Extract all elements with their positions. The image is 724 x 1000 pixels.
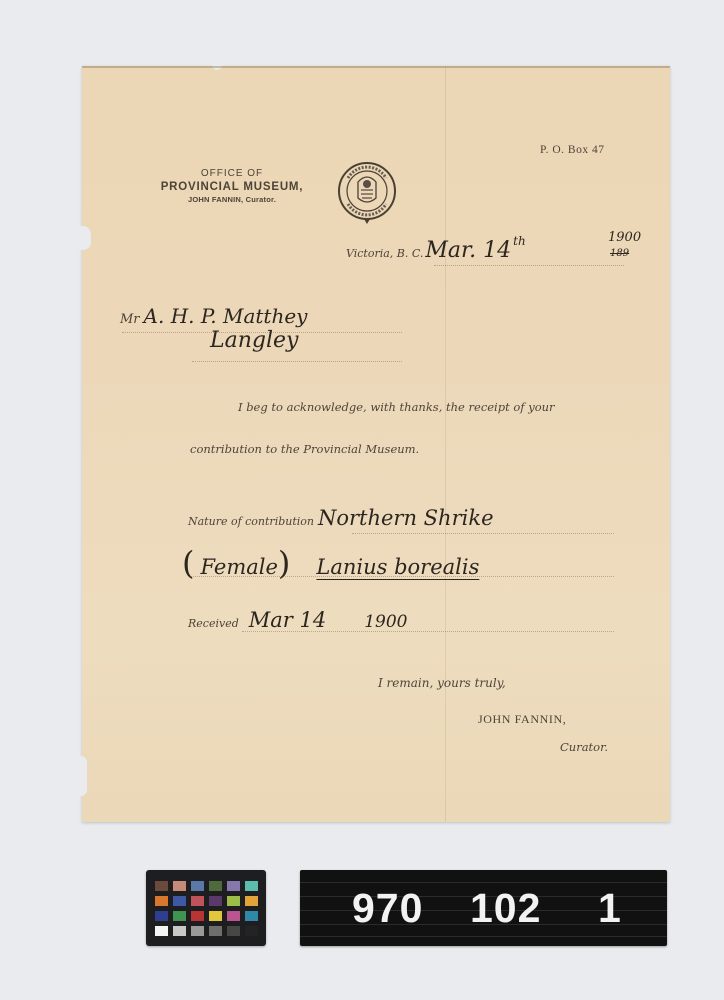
- nature-rule: [352, 533, 614, 534]
- body-line-1: I beg to acknowledge, with thanks, the r…: [238, 400, 555, 414]
- accession-part-1: 970: [352, 884, 423, 932]
- color-swatch: [155, 926, 168, 936]
- addressee-salutation: Mr: [120, 312, 140, 327]
- dateline-suffix: th: [513, 234, 526, 248]
- dateline-rule: [434, 265, 624, 266]
- nature-value: Northern Shrike: [318, 506, 494, 530]
- dateline: Victoria, B. C.Mar. 14th 1900 189: [346, 238, 526, 263]
- addressee-name: A. H. P. Matthey: [144, 304, 308, 328]
- color-swatch: [155, 896, 168, 906]
- letter-paper: OFFICE OF PROVINCIAL MUSEUM, JOHN FANNIN…: [82, 66, 670, 822]
- color-swatch: [209, 911, 222, 921]
- species-rule: [190, 576, 614, 577]
- color-swatch: [227, 926, 240, 936]
- color-swatch: [245, 926, 258, 936]
- received-date: Mar 14: [249, 608, 326, 632]
- received-rule: [242, 631, 614, 632]
- paper-tear-left-lower: [79, 756, 87, 796]
- color-swatch: [173, 911, 186, 921]
- provincial-seal-icon: [336, 160, 398, 226]
- color-swatch: [155, 881, 168, 891]
- signatory-title: Curator.: [560, 740, 608, 754]
- bar-groove: [300, 936, 667, 937]
- color-swatch: [173, 881, 186, 891]
- received-field: ReceivedMar 141900: [188, 608, 407, 632]
- nature-field: Nature of contributionNorthern Shrike: [188, 506, 494, 530]
- accession-part-2: 102: [470, 884, 541, 932]
- color-swatch: [191, 926, 204, 936]
- color-swatch: [191, 896, 204, 906]
- received-year: 1900: [364, 612, 407, 632]
- color-swatch: [209, 926, 222, 936]
- dateline-date: Mar. 14: [425, 238, 511, 263]
- paper-tear-left: [79, 226, 91, 250]
- color-swatch: [209, 896, 222, 906]
- addressee-rule-2: [192, 361, 402, 362]
- color-swatch: [227, 896, 240, 906]
- color-swatch: [155, 911, 168, 921]
- color-swatch: [245, 911, 258, 921]
- paper-tear-top: [212, 64, 222, 70]
- letterhead-curator: JOHN FANNIN, Curator.: [152, 194, 312, 206]
- accession-part-3: 1: [598, 884, 622, 932]
- addressee-place: Langley: [210, 328, 298, 353]
- color-swatch: [191, 911, 204, 921]
- bar-groove: [300, 882, 667, 883]
- dateline-year: 1900: [608, 230, 641, 245]
- nature-label: Nature of contribution: [188, 515, 314, 528]
- letterhead-office: OFFICE OF: [152, 168, 312, 180]
- color-calibration-card: [146, 870, 266, 946]
- dateline-struck-year: 189: [610, 248, 629, 259]
- color-swatch: [245, 896, 258, 906]
- color-swatch: [173, 896, 186, 906]
- letterhead: OFFICE OF PROVINCIAL MUSEUM, JOHN FANNIN…: [152, 168, 312, 206]
- color-swatch: [191, 881, 204, 891]
- letterhead-museum: PROVINCIAL MUSEUM,: [152, 180, 312, 194]
- po-box: P. O. Box 47: [540, 144, 604, 156]
- color-swatch: [227, 911, 240, 921]
- color-swatch: [209, 881, 222, 891]
- body-line-2: contribution to the Provincial Museum.: [190, 442, 419, 456]
- valediction: I remain, yours truly,: [378, 676, 506, 690]
- addressee: MrA. H. P. Matthey: [120, 304, 307, 328]
- accession-number-bar: 970 102 1: [300, 870, 667, 946]
- received-label: Received: [188, 617, 239, 630]
- color-swatch: [173, 926, 186, 936]
- color-swatch: [227, 881, 240, 891]
- signatory-name: JOHN FANNIN,: [478, 712, 566, 727]
- color-swatch: [245, 881, 258, 891]
- dateline-place: Victoria, B. C.: [346, 247, 423, 260]
